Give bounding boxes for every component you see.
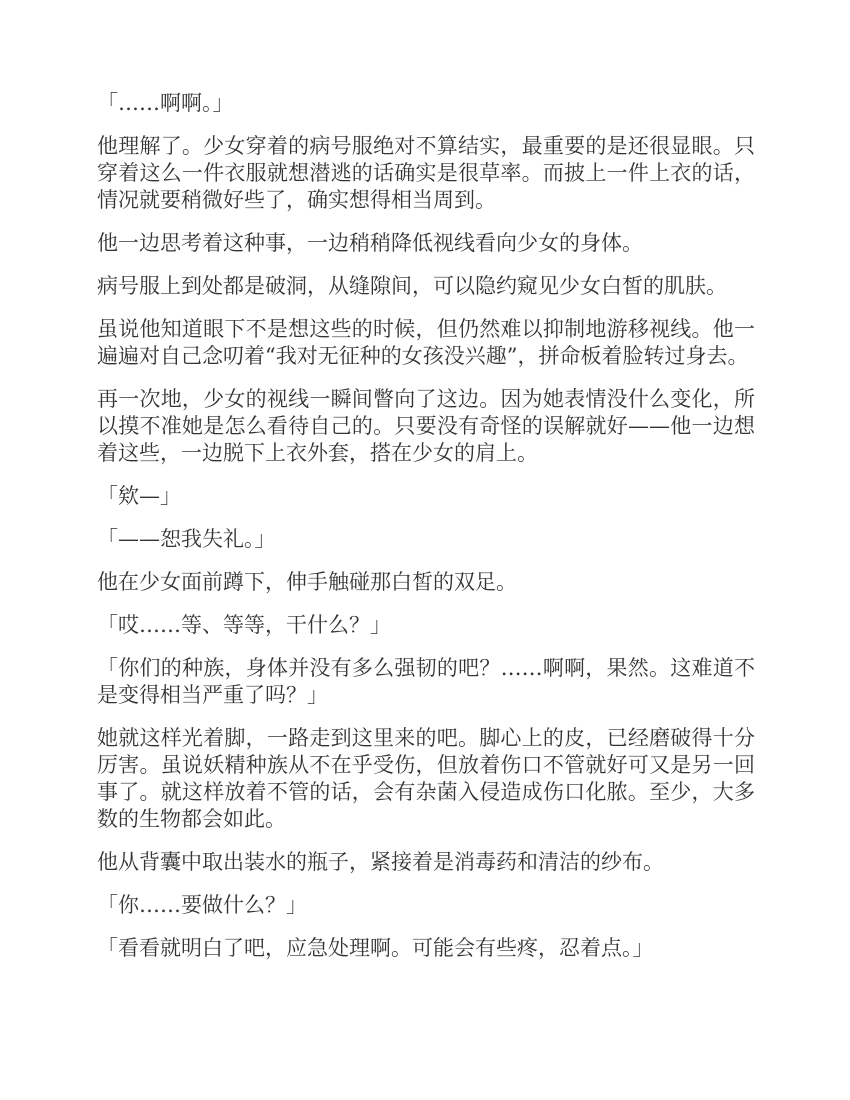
paragraph: 他在少女面前蹲下，伸手触碰那白皙的双足。 [97,569,755,596]
paragraph-dialogue: 「看看就明白了吧，应急处理啊。可能会有些疼，忍着点。」 [97,935,755,962]
paragraph-dialogue: 「欸—」 [97,483,755,510]
paragraph-dialogue: 「——恕我失礼。」 [97,526,755,553]
paragraph: 她就这样光着脚，一路走到这里来的吧。脚心上的皮，已经磨破得十分厉害。虽说妖精种族… [97,725,755,833]
paragraph-dialogue: 「你们的种族，身体并没有多么强韧的吧？……啊啊，果然。这难道不是变得相当严重了吗… [97,655,755,709]
paragraph: 病号服上到处都是破洞，从缝隙间，可以隐约窥见少女白皙的肌肤。 [97,273,755,300]
paragraph-dialogue: 「哎……等、等等，干什么？」 [97,612,755,639]
paragraph: 他一边思考着这种事，一边稍稍降低视线看向少女的身体。 [97,230,755,257]
paragraph: 虽说他知道眼下不是想这些的时候，但仍然难以抑制地游移视线。他一遍遍对自己念叨着“… [97,316,755,370]
paragraph-dialogue: 「……啊啊。」 [97,90,755,117]
paragraph: 他理解了。少女穿着的病号服绝对不算结实，最重要的是还很显眼。只穿着这么一件衣服就… [97,133,755,214]
paragraph: 他从背囊中取出装水的瓶子，紧接着是消毒药和清洁的纱布。 [97,849,755,876]
paragraph: 再一次地，少女的视线一瞬间瞥向了这边。因为她表情没什么变化，所以摸不准她是怎么看… [97,386,755,467]
paragraph-dialogue: 「你……要做什么？」 [97,892,755,919]
novel-page-text-block: 「……啊啊。」 他理解了。少女穿着的病号服绝对不算结实，最重要的是还很显眼。只穿… [97,90,755,962]
